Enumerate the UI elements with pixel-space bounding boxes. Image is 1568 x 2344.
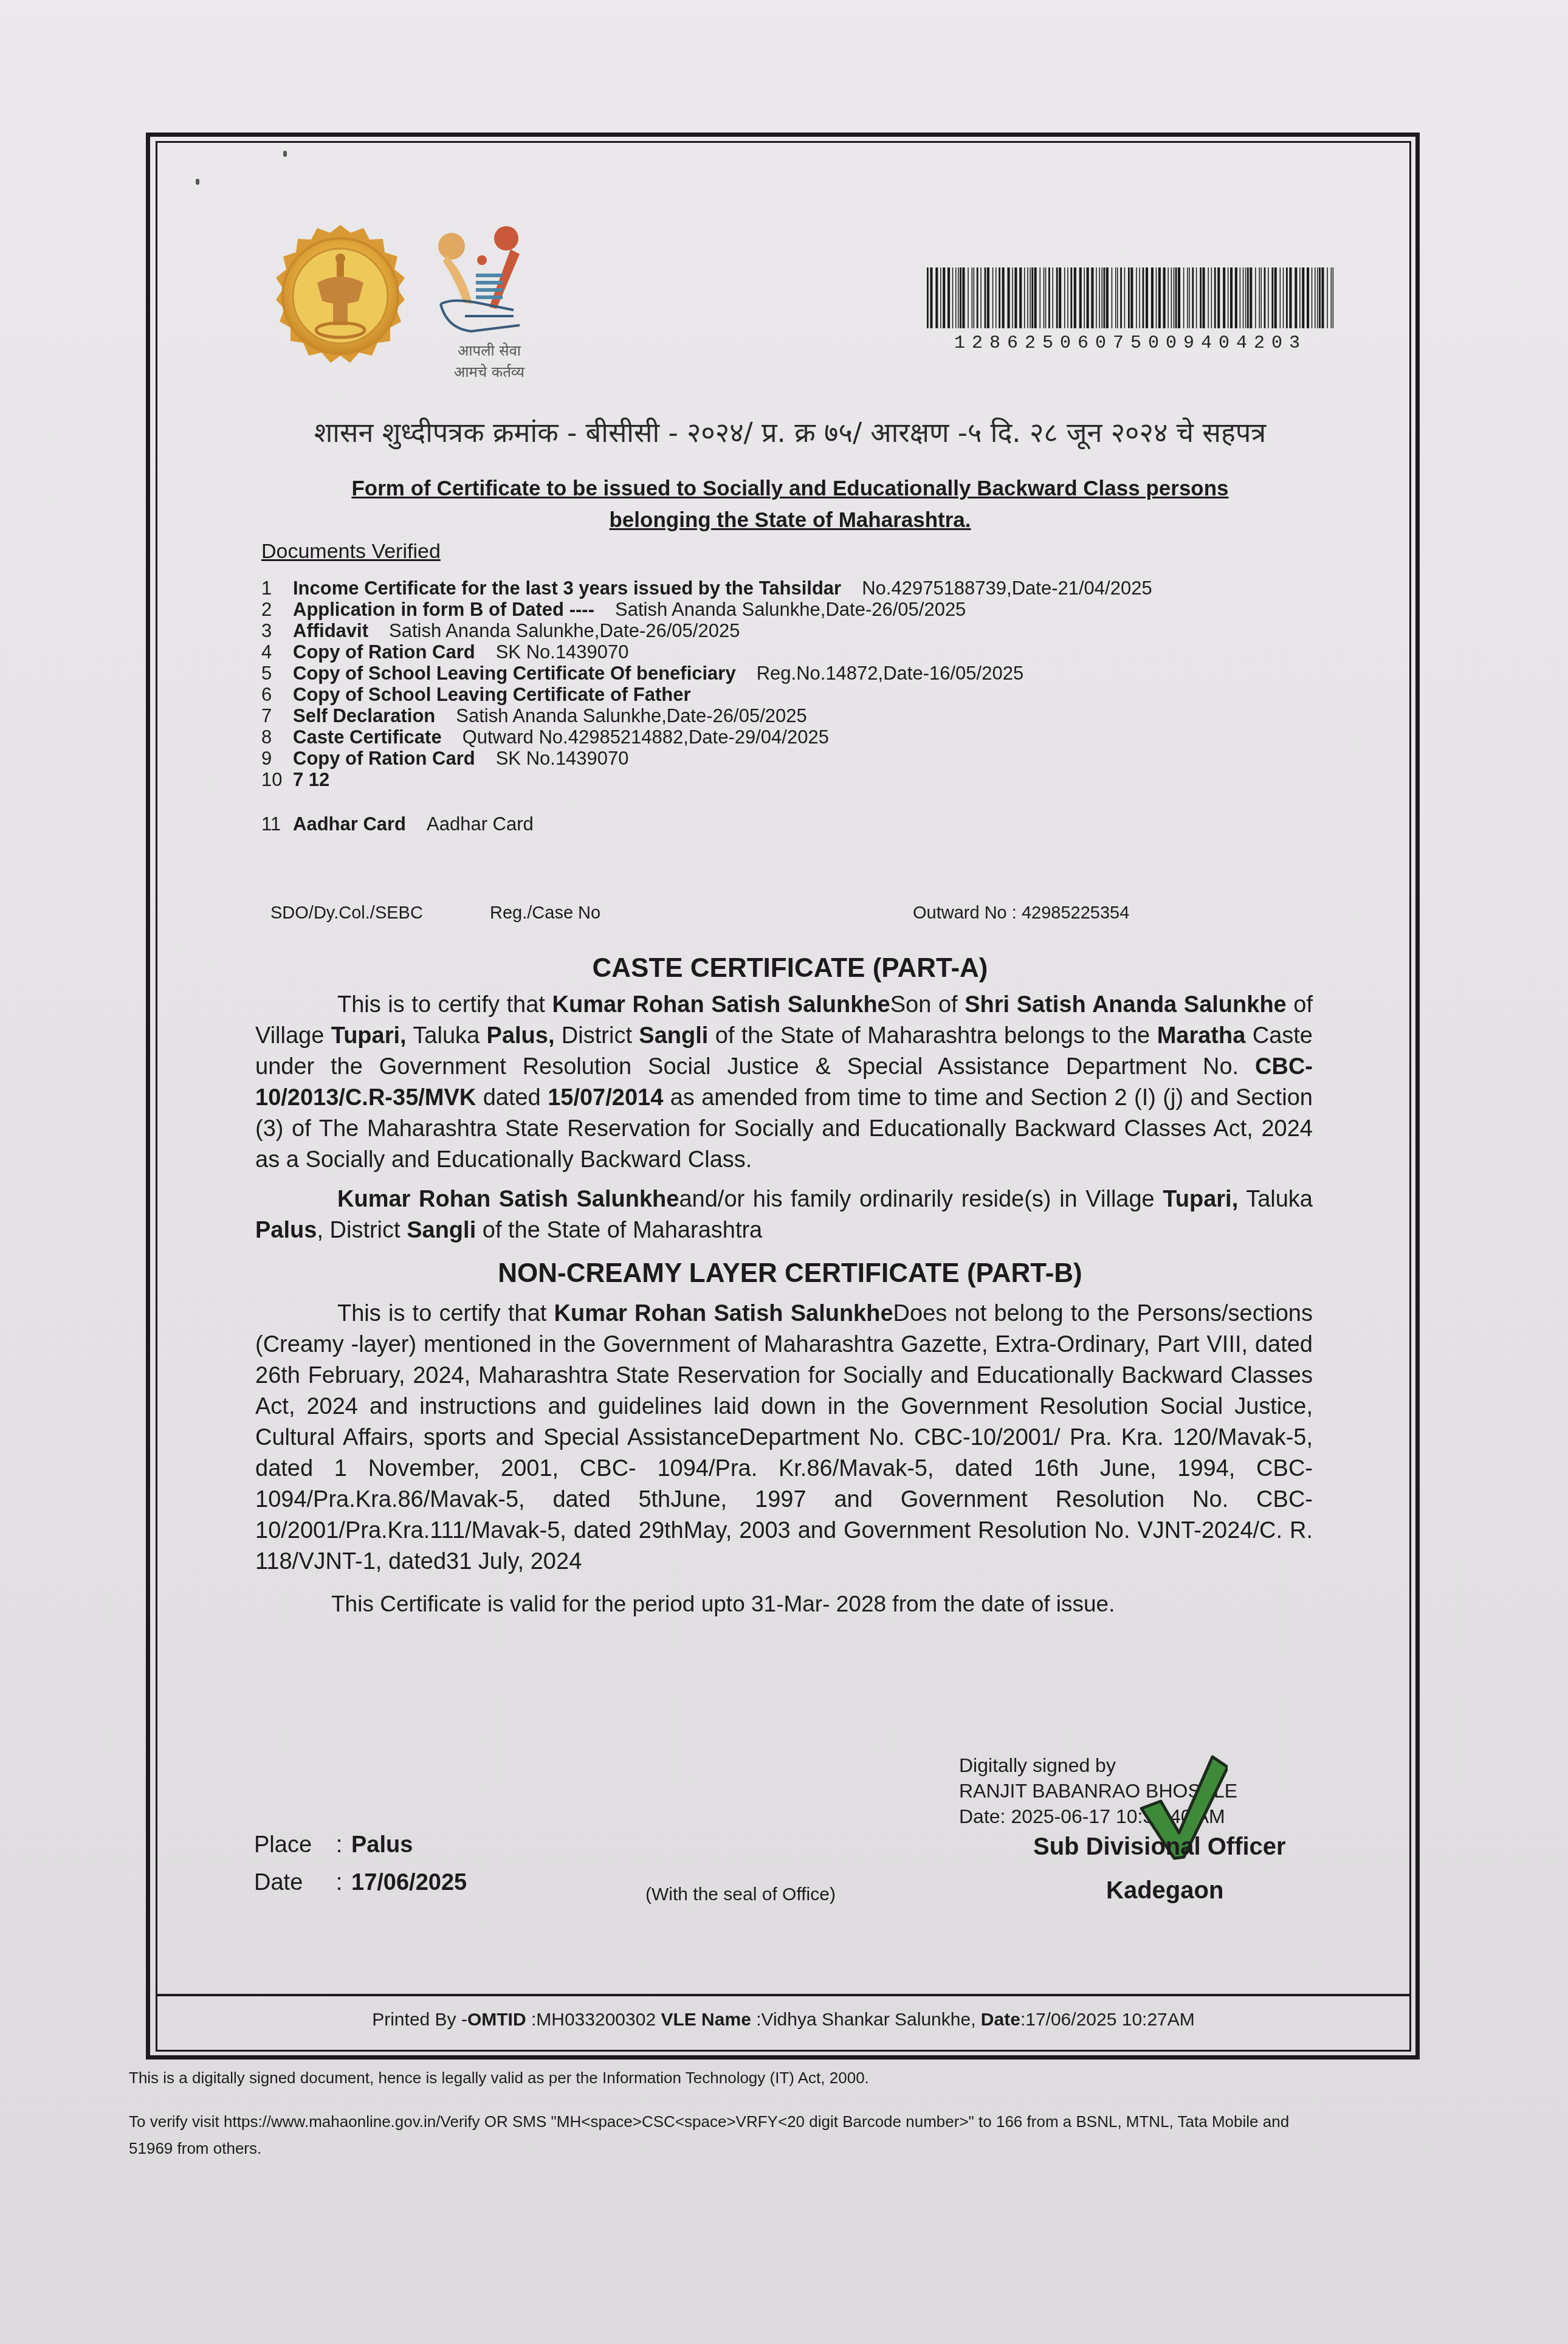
date-field: Date:17/06/2025 (254, 1870, 467, 1896)
document-number: 9 (261, 748, 293, 769)
document-detail: SK No.1439070 (496, 748, 629, 769)
documents-verified-heading: Documents Verified (261, 540, 441, 564)
part-a-paragraph-1: This is to certify that Kumar Rohan Sati… (255, 990, 1313, 1176)
beneficiary-name: Kumar Rohan Satish Salunkhe (552, 992, 890, 1018)
document-number: 4 (261, 641, 293, 663)
document-number: 7 (261, 705, 293, 726)
document-detail: Qutward No.42985214882,Date-29/04/2025 (462, 726, 829, 748)
document-number: 8 (261, 726, 293, 748)
officer-office: Kadegaon (1106, 1877, 1223, 1904)
verification-instructions: To verify visit https://www.mahaonline.g… (129, 2111, 1466, 2159)
document-item: 11Aadhar CardAadhar Card (261, 813, 1325, 835)
maharashtra-seal-icon (261, 222, 419, 386)
document-number: 11 (261, 813, 293, 835)
document-item: 3AffidavitSatish Ananda Salunkhe,Date-26… (261, 620, 1325, 641)
seal-note: (With the seal of Office) (645, 1884, 836, 1905)
document-number: 10 (261, 769, 293, 790)
form-title-line-1: Form of Certificate to be issued to Soci… (243, 473, 1337, 505)
document-item: 8Caste CertificateQutward No.42985214882… (261, 726, 1325, 748)
form-title-line-2: belonging the State of Maharashtra. (243, 505, 1337, 536)
government-reference-marathi: शासन शुध्दीपत्रक क्रमांक - बीसीसी - २०२४… (243, 413, 1337, 450)
officer-designation: Sub Divisional Officer (1033, 1833, 1286, 1861)
document-detail: Aadhar Card (427, 813, 534, 835)
document-detail: No.42975188739,Date-21/04/2025 (862, 577, 1152, 599)
beneficiary-name: Kumar Rohan Satish Salunkhe (554, 1301, 893, 1326)
logo-tagline-2: आमचे कर्तव्य (428, 362, 550, 382)
document-detail: Reg.No.14872,Date-16/05/2025 (757, 663, 1024, 684)
document-number: 6 (261, 684, 293, 705)
document-label: Self Declaration (293, 705, 435, 726)
document-number: 2 (261, 599, 293, 620)
footer-divider (156, 1994, 1411, 1996)
caste-name: Maratha (1157, 1023, 1246, 1049)
document-label: 7 12 (293, 769, 329, 790)
document-label: Affidavit (293, 620, 368, 641)
office-code: SDO/Dy.Col./SEBC (270, 903, 423, 923)
document-label: Copy of School Leaving Certificate Of be… (293, 663, 736, 684)
part-b-title: NON-CREAMY LAYER CERTIFICATE (PART-B) (243, 1258, 1337, 1289)
reg-case-label: Reg./Case No (490, 903, 600, 923)
document-item: 5Copy of School Leaving Certificate Of b… (261, 663, 1325, 684)
document-label: Application in form B of Dated ---- (293, 599, 594, 620)
document-number: 5 (261, 663, 293, 684)
disclaimer-line-1: This is a digitally signed document, hen… (129, 2067, 1466, 2089)
document-detail: Satish Ananda Salunkhe,Date-26/05/2025 (615, 599, 966, 620)
place-field: Place:Palus (254, 1832, 413, 1858)
document-item: 107 12 (261, 769, 1325, 790)
printed-by-line: Printed By -OMTID :MH033200302 VLE Name … (156, 2010, 1411, 2030)
helping-hand-icon (428, 225, 550, 346)
document-number: 3 (261, 620, 293, 641)
document-detail: Satish Ananda Salunkhe,Date-26/05/2025 (389, 620, 740, 641)
document-label: Copy of School Leaving Certificate of Fa… (293, 684, 691, 705)
logo-tagline-1: आपली सेवा (428, 340, 550, 360)
aaple-sarkar-logo: आपली सेवा आमचे कर्तव्य (428, 225, 550, 392)
barcode-number: 12862506075009404203 (924, 333, 1337, 354)
document-item: 1Income Certificate for the last 3 years… (261, 577, 1325, 599)
document-item: 4Copy of Ration CardSK No.1439070 (261, 641, 1325, 663)
documents-verified-list: 1Income Certificate for the last 3 years… (261, 577, 1325, 835)
document-number: 1 (261, 577, 293, 599)
document-item: 9Copy of Ration CardSK No.1439070 (261, 748, 1325, 769)
barcode-icon (927, 267, 1334, 328)
part-a-title: CASTE CERTIFICATE (PART-A) (243, 953, 1337, 984)
issue-date-value: 17/06/2025 (351, 1870, 467, 1895)
document-label: Income Certificate for the last 3 years … (293, 577, 841, 599)
paper-speck (196, 179, 199, 185)
document-label: Copy of Ration Card (293, 641, 475, 663)
document-label: Aadhar Card (293, 813, 406, 835)
document-detail: SK No.1439070 (496, 641, 629, 663)
paper-speck (283, 151, 287, 157)
document-label: Copy of Ration Card (293, 748, 475, 769)
document-item: 2Application in form B of Dated ----Sati… (261, 599, 1325, 620)
document-item: 6Copy of School Leaving Certificate of F… (261, 684, 1325, 705)
document-item: 7Self DeclarationSatish Ananda Salunkhe,… (261, 705, 1325, 726)
document-label: Caste Certificate (293, 726, 442, 748)
father-name: Shri Satish Ananda Salunkhe (965, 992, 1287, 1018)
place-value: Palus (351, 1832, 413, 1858)
part-b-paragraph: This is to certify that Kumar Rohan Sati… (255, 1298, 1313, 1577)
outward-number: Outward No : 42985225354 (913, 903, 1129, 923)
validity-statement: This Certificate is valid for the period… (331, 1591, 1115, 1617)
part-a-paragraph-2: Kumar Rohan Satish Salunkheand/or his fa… (255, 1184, 1313, 1246)
document-detail: Satish Ananda Salunkhe,Date-26/05/2025 (456, 705, 806, 726)
form-title: Form of Certificate to be issued to Soci… (243, 473, 1337, 536)
